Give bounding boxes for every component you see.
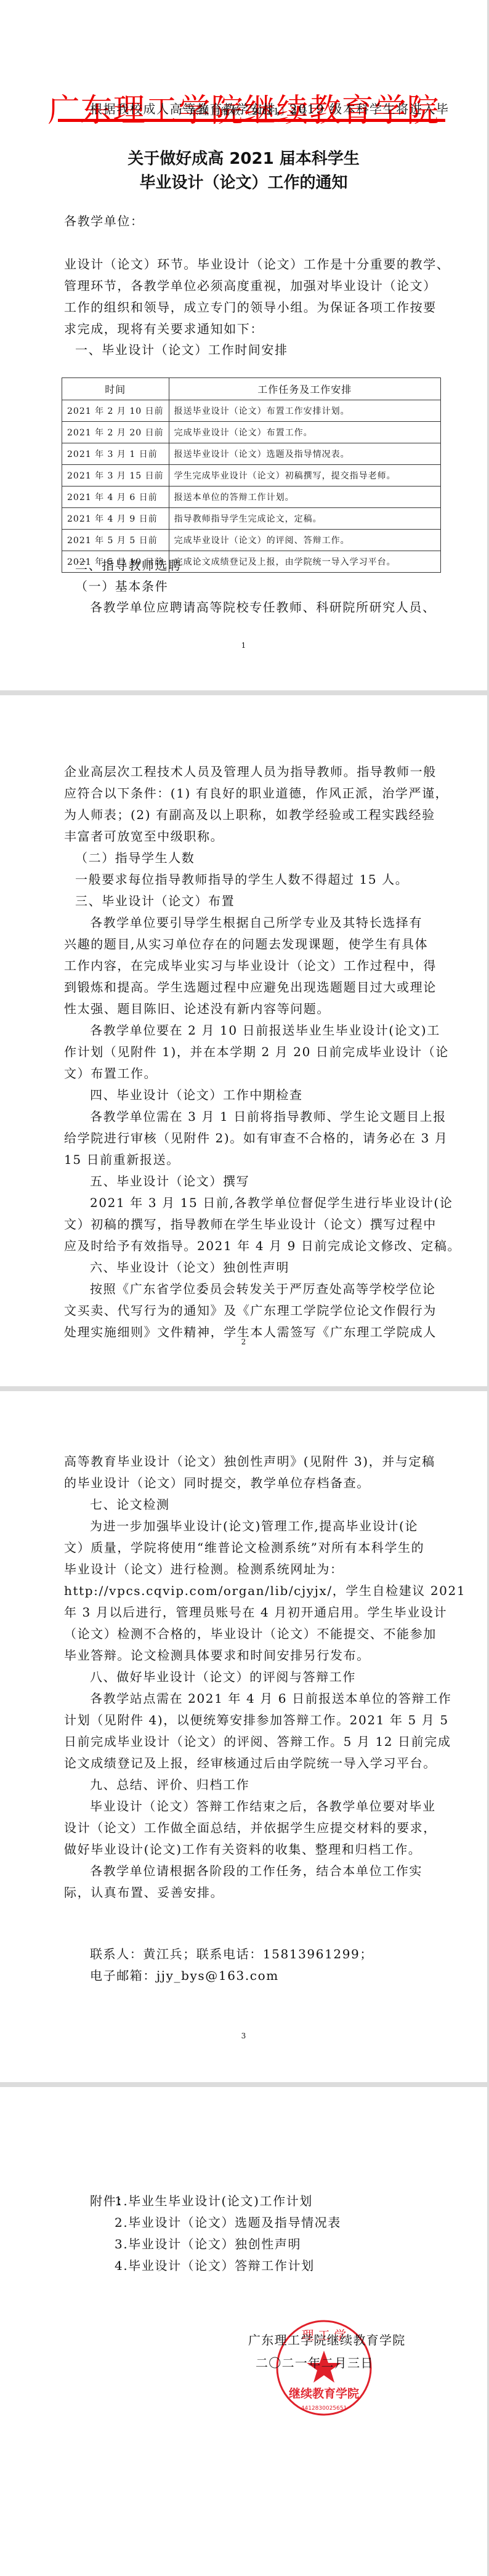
body-line: 各教学单位应聘请高等院校专任教师、科研院所研究人员、 — [90, 599, 436, 616]
body-line: 15 日前重新报送。 — [64, 1151, 180, 1168]
red-divider — [58, 119, 445, 122]
body-line: 2021 年 3 月 15 日前,各教学单位督促学生进行毕业设计(论 — [90, 1194, 453, 1211]
body-line: 论文成绩登记及上报，经审核通过后由学院统一导入学习平台。 — [64, 1754, 437, 1772]
body-line: 高等教育毕业设计（论文）独创性声明》(见附件 3)，并与定稿 — [64, 1453, 435, 1470]
body-line: 为人师表；(2) 有副高及以上职称，如教学经验或工程实践经验 — [64, 806, 435, 823]
cell-task: 报送毕业设计（论文）选题及指导情况表。 — [169, 443, 440, 465]
body-line: 兴趣的题目,从实习单位存在的问题去发现课题，使学生有具体 — [64, 935, 428, 953]
page-1-body: 广东理工学院继续教育学院 广东理工继教〔2021〕2号 关于做好成高 2021 … — [0, 0, 487, 690]
intro-line: 业设计（论文）环节。毕业设计（论文）工作是十分重要的教学、 — [64, 256, 450, 273]
intro-line: 工作的组织和领导，成立专门的领导小组。为保证各项工作按要 — [64, 299, 437, 316]
cell-date: 2021 年 4 月 9 日前 — [62, 508, 169, 530]
cell-task: 完成毕业设计（论文）的评阅、答辩工作。 — [169, 530, 440, 551]
body-line: 设计（论文）工作做全面总结，并依据学生应提交材料的要求， — [64, 1819, 437, 1836]
section-heading: 五、毕业设计（论文）撰写 — [90, 1173, 249, 1190]
page-number: 2 — [0, 1338, 487, 1346]
page-number: 3 — [0, 2032, 487, 2040]
section-heading: 九、总结、评价、归档工作 — [90, 1776, 249, 1793]
section-heading: 一、毕业设计（论文）工作时间安排 — [75, 341, 288, 358]
body-line: 文）布置工作。 — [64, 1065, 157, 1082]
email-line[interactable]: 电子邮箱：jjy_bys@163.com — [90, 1967, 279, 1984]
svg-text:继续教育学院: 继续教育学院 — [289, 2386, 359, 2400]
cell-task: 指导教师指导学生完成论文，定稿。 — [169, 508, 440, 530]
column-header-task: 工作任务及工作安排 — [169, 378, 440, 400]
page-number: 1 — [0, 641, 487, 650]
body-line: 为进一步加强毕业设计(论文)管理工作,提高毕业设计(论 — [90, 1517, 418, 1535]
body-line: 企业高层次工程技术人员及管理人员为指导教师。指导教师一般 — [64, 763, 437, 780]
cell-date: 2021 年 5 月 5 日前 — [62, 530, 169, 551]
table-row: 2021 年 4 月 6 日前报送本单位的答辩工作计划。 — [62, 487, 441, 508]
table-row: 2021 年 2 月 20 日前完成毕业设计（论文）布置工作。 — [62, 422, 441, 443]
document-title-line2: 毕业设计（论文）工作的通知 — [0, 171, 487, 195]
section-heading: 三、毕业设计（论文）布置 — [75, 892, 235, 910]
cell-date: 2021 年 2 月 10 日前 — [62, 400, 169, 422]
body-line: 到锻炼和提高。学生选题过程中应避免出现选题题目过大或理论 — [64, 979, 437, 996]
table-row: 2021 年 4 月 9 日前指导教师指导学生完成论文，定稿。 — [62, 508, 441, 530]
svg-text:44128300256​51: 44128300256​51 — [301, 2405, 347, 2412]
body-line: 毕业答辩。论文检测具体要求和时间安排另行发布。 — [64, 1647, 370, 1664]
section-heading: 六、毕业设计（论文）独创性声明 — [90, 1259, 289, 1276]
body-line: 文）质量，学院将使用“维普论文检测系统”对所有本科学生的 — [64, 1539, 424, 1556]
document-title-line1: 关于做好成高 2021 届本科学生 — [0, 147, 487, 171]
cell-date: 2021 年 3 月 1 日前 — [62, 443, 169, 465]
body-line: 际，认真布置、妥善安排。 — [64, 1884, 224, 1901]
table-row: 2021 年 2 月 10 日前报送毕业设计（论文）布置工作安排计划。 — [62, 400, 441, 422]
table-row: 2021 年 3 月 1 日前报送毕业设计（论文）选题及指导情况表。 — [62, 443, 441, 465]
body-line: 各教学单位请根据各阶段的工作任务，结合本单位工作实 — [90, 1862, 422, 1880]
body-line: 各教学单位要引导学生根据自己所学专业及其特长选择有 — [90, 914, 422, 931]
cell-task: 完成论文成绩登记及上报，由学院统一导入学习平台。 — [169, 551, 440, 573]
body-line: 工作内容，在完成毕业实习与毕业设计（论文）工作过程中，得 — [64, 957, 437, 974]
body-line: 年 3 月以后进行，管理员账号在 4 月初开通启用。学生毕业设计 — [64, 1604, 447, 1621]
body-line: 应符合以下条件：(1) 有良好的职业道德，作风正派，治学严谨， — [64, 785, 448, 802]
contact-line: 联系人：黄江兵；联系电话：15813961299； — [90, 1945, 373, 1963]
cell-task: 报送毕业设计（论文）布置工作安排计划。 — [169, 400, 440, 422]
cell-task: 学生完成毕业设计（论文）初稿撰写，提交指导老师。 — [169, 465, 440, 487]
cell-date: 2021 年 4 月 6 日前 — [62, 487, 169, 508]
body-line: 给学院进行审核（见附件 2)。如有审查不合格的，请务必在 3 月 — [64, 1129, 448, 1147]
section-heading: 二、指导教师选聘 — [75, 557, 182, 574]
cell-task: 完成毕业设计（论文）布置工作。 — [169, 422, 440, 443]
signature-date: 二〇二一年二月三日 — [256, 2353, 374, 2371]
page-4: 附件： 1.毕业生毕业设计(论文)工作计划 2.毕业设计（论文）选题及指导情况表… — [0, 2087, 487, 2576]
attachment-item: 4.毕业设计（论文）答辩工作计划 — [115, 2257, 315, 2274]
subsection-heading: （一）基本条件 — [75, 578, 168, 595]
attachment-item: 2.毕业设计（论文）选题及指导情况表 — [115, 2214, 341, 2231]
url-line: http://vpcs.cqvip.com/organ/lib/cjyjx/，学… — [64, 1582, 466, 1599]
table-header-row: 时间 工作任务及工作安排 — [62, 378, 441, 400]
page-3: 高等教育毕业设计（论文）独创性声明》(见附件 3)，并与定稿 的毕业设计（论文）… — [0, 1391, 487, 2082]
body-line: 一般要求每位指导教师指导的学生人数不得超过 15 人。 — [75, 871, 408, 888]
attachment-item: 1.毕业生毕业设计(论文)工作计划 — [115, 2192, 313, 2210]
schedule-table: 时间 工作任务及工作安排 2021 年 2 月 10 日前报送毕业设计（论文）布… — [62, 378, 441, 573]
body-line: 应及时给予有效指导。2021 年 4 月 9 日前完成论文修改、定稿。 — [64, 1237, 461, 1254]
body-line: 丰富者可放宽至中级职称。 — [64, 828, 224, 845]
table-row: 2021 年 5 月 5 日前完成毕业设计（论文）的评阅、答辩工作。 — [62, 530, 441, 551]
body-line: 性太强、题目陈旧、论述没有新内容等问题。 — [64, 1000, 330, 1017]
section-heading: 七、论文检测 — [90, 1496, 170, 1513]
column-header-time: 时间 — [62, 378, 169, 400]
section-heading: 八、做好毕业设计（论文）的评阅与答辩工作 — [90, 1668, 356, 1686]
body-line: 各教学站点需在 2021 年 4 月 6 日前报送本单位的答辩工作 — [90, 1690, 451, 1707]
intro-line: 求完成，现将有关要求通知如下： — [64, 320, 264, 337]
page-2: 企业高层次工程技术人员及管理人员为指导教师。指导教师一般 应符合以下条件：(1)… — [0, 695, 487, 1386]
body-line: 文）初稿的撰写，指导教师在学生毕业设计（论文）撰写过程中 — [64, 1216, 437, 1233]
body-line: 文买卖、代写行为的通知》及《广东理工学院学位论文作假行为 — [64, 1302, 437, 1319]
cell-task: 报送本单位的答辩工作计划。 — [169, 487, 440, 508]
body-line: 的毕业设计（论文）同时提交，教学单位存档备查。 — [64, 1474, 370, 1492]
signature-org: 广东理工学院继续教育学院 — [248, 2330, 406, 2348]
body-line: （论文）检测不合格的，毕业设计（论文）不能提交、不能参加 — [64, 1625, 437, 1642]
section-heading: 四、毕业设计（论文）工作中期检查 — [90, 1086, 303, 1104]
body-line: 做好毕业设计(论文)工作有关资料的收集、整理和归档工作。 — [64, 1841, 421, 1858]
table-row: 2021 年 3 月 15 日前学生完成毕业设计（论文）初稿撰写，提交指导老师。 — [62, 465, 441, 487]
salutation: 各教学单位： — [64, 212, 144, 230]
attachment-item: 3.毕业设计（论文）独创性声明 — [115, 2235, 301, 2253]
cell-date: 2021 年 2 月 20 日前 — [62, 422, 169, 443]
intro-line: 根据我校成人高等教育教学安排，2019 级本科学生将进入毕 — [90, 100, 450, 118]
body-line: 计划（见附件 4)，以便统筹安排参加答辩工作。2021 年 5 月 5 — [64, 1711, 449, 1729]
subsection-heading: （二）指导学生人数 — [75, 849, 195, 866]
body-line: 毕业设计（论文）答辩工作结束之后，各教学单位要对毕业 — [90, 1798, 436, 1815]
body-line: 日前完成毕业设计（论文）的评阅、答辩工作。5 月 12 日前完成 — [64, 1733, 451, 1750]
body-line: 作计划（见附件 1)，并在本学期 2 月 20 日前完成毕业设计（论 — [64, 1043, 449, 1060]
body-line: 各教学单位需在 3 月 1 日前将指导教师、学生论文题目上报 — [90, 1108, 447, 1125]
cell-date: 2021 年 3 月 15 日前 — [62, 465, 169, 487]
body-line: 各教学单位要在 2 月 10 日前报送毕业生毕业设计(论文)工 — [90, 1022, 440, 1039]
body-line: 毕业设计（论文）进行检测。检测系统网址为： — [64, 1561, 344, 1578]
body-line: 按照《广东省学位委员会转发关于严厉查处高等学校学位论 — [90, 1280, 436, 1298]
intro-line: 管理环节，各教学单位必须高度重视，加强对毕业设计（论文） — [64, 277, 437, 294]
